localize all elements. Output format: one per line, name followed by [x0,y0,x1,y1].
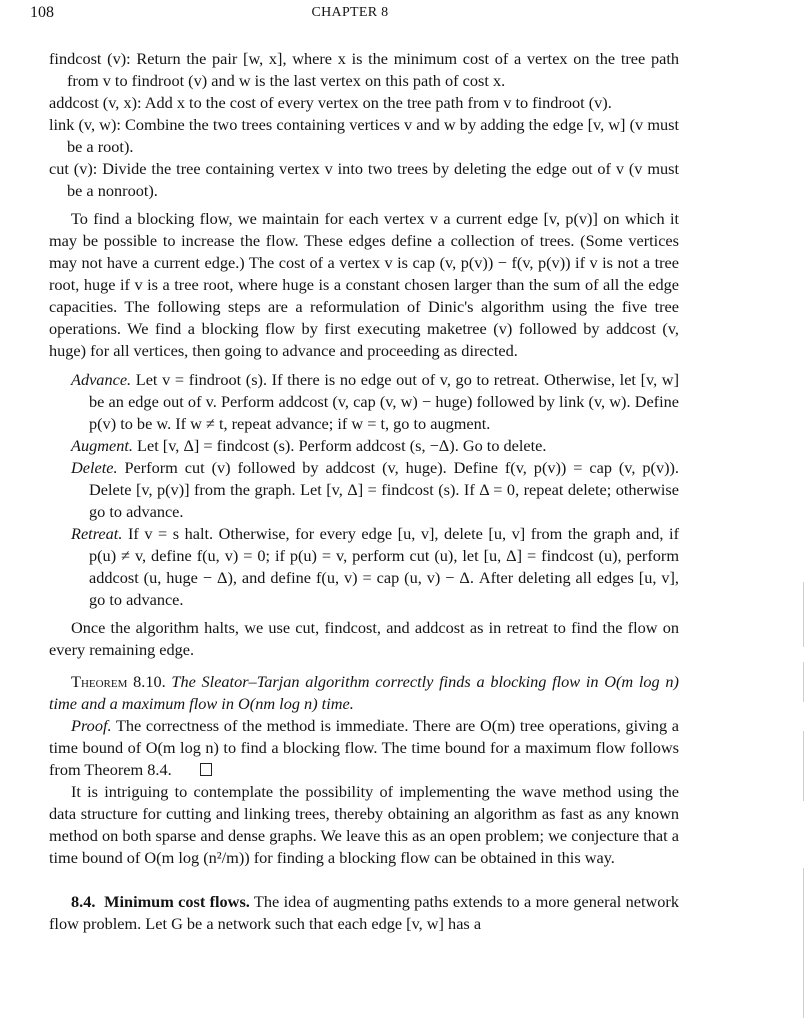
step-text: Perform cut (v) followed by addcost (v, … [89,458,679,521]
proof-text: The correctness of the method is immedia… [49,716,679,779]
operation-list: findcost (v): Return the pair [w, x], wh… [49,48,679,202]
operation-findcost: findcost (v): Return the pair [w, x], wh… [49,48,679,92]
scan-edge-mark [803,582,804,647]
operation-addcost: addcost (v, x): Add x to the cost of eve… [49,92,679,114]
operation-name: findcost (v) [49,49,126,68]
operation-description: Divide the tree containing vertex v into… [67,159,679,200]
paragraph-halts: Once the algorithm halts, we use cut, fi… [49,617,679,661]
step-advance: Advance. Let v = findroot (s). If there … [71,369,679,435]
step-name: Delete. [71,458,118,477]
step-name: Advance. [71,370,131,389]
proof-label: Proof. [71,716,112,735]
step-name: Retreat. [71,524,122,543]
qed-box-icon [200,763,212,776]
body-text: findcost (v): Return the pair [w, x], wh… [49,48,679,935]
theorem-label: Theorem 8.10. [71,672,166,691]
theorem-8-10: Theorem 8.10. The Sleator–Tarjan algorit… [49,671,679,715]
step-text: Let [v, Δ] = findcost (s). Perform addco… [137,436,546,455]
scan-edge-mark [803,731,804,801]
operation-description: Add x to the cost of every vertex on the… [145,93,612,112]
section-title: Minimum cost flows. [104,892,250,911]
step-retreat: Retreat. If v = s halt. Otherwise, for e… [71,523,679,611]
step-text: If v = s halt. Otherwise, for every edge… [89,524,679,609]
operation-link: link (v, w): Combine the two trees conta… [49,114,679,158]
proof: Proof. The correctness of the method is … [49,715,679,781]
step-delete: Delete. Perform cut (v) followed by addc… [71,457,679,523]
section-number: 8.4. [71,892,95,911]
operation-description: Combine the two trees containing vertice… [67,115,679,156]
operation-name: link (v, w) [49,115,116,134]
operation-cut: cut (v): Divide the tree containing vert… [49,158,679,202]
scan-edge-mark [803,868,804,1018]
step-augment: Augment. Let [v, Δ] = findcost (s). Perf… [71,435,679,457]
operation-name: addcost (v, x) [49,93,137,112]
page-header: 108 CHAPTER 8 [30,4,670,26]
book-page: 108 CHAPTER 8 findcost (v): Return the p… [0,0,805,1024]
paragraph-blocking-flow: To find a blocking flow, we maintain for… [49,208,679,362]
scan-edge-mark [803,662,804,702]
paragraph-wave-method: It is intriguing to contemplate the poss… [49,781,679,869]
step-name: Augment. [71,436,133,455]
running-head-chapter: CHAPTER 8 [30,5,670,21]
operation-description: Return the pair [w, x], where x is the m… [67,49,679,90]
section-8-4: 8.4. Minimum cost flows. The idea of aug… [49,891,679,935]
operation-name: cut (v) [49,159,93,178]
step-text: Let v = findroot (s). If there is no edg… [89,370,679,433]
algorithm-steps: Advance. Let v = findroot (s). If there … [71,369,679,611]
